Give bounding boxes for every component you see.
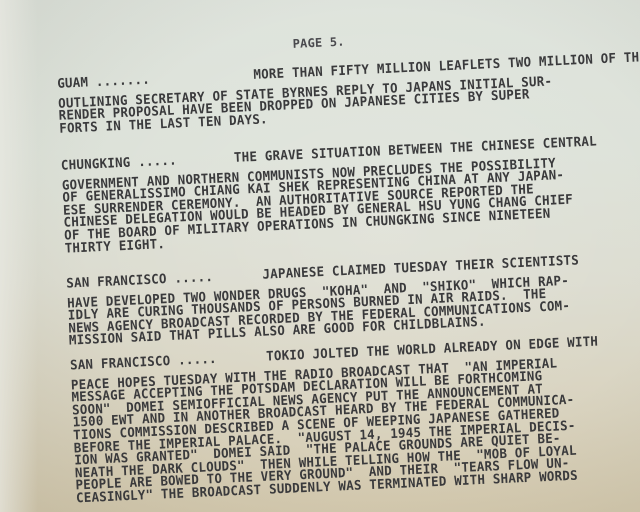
dateline: SAN FRANCISCO .....	[70, 352, 220, 372]
news-story-san-francisco-drugs: SAN FRANCISCO ..... JAPANESE CLAIMED TUE…	[66, 250, 640, 347]
typewritten-page: PAGE 5. GUAM ....... MORE THAN FIFTY MIL…	[0, 0, 640, 512]
dateline: CHUNGKING .....	[61, 152, 211, 172]
dateline: GUAM .......	[57, 71, 207, 91]
news-story-guam: GUAM ....... MORE THAN FIFTY MILLION LEA…	[57, 50, 640, 135]
page-header: PAGE 5.	[292, 35, 345, 51]
dateline: SAN FRANCISCO .....	[66, 270, 216, 290]
news-story-chungking: CHUNGKING ..... THE GRAVE SITUATION BETW…	[61, 132, 640, 254]
news-story-san-francisco-imperial: SAN FRANCISCO ..... TOKIO JOLTED THE WOR…	[70, 332, 640, 505]
